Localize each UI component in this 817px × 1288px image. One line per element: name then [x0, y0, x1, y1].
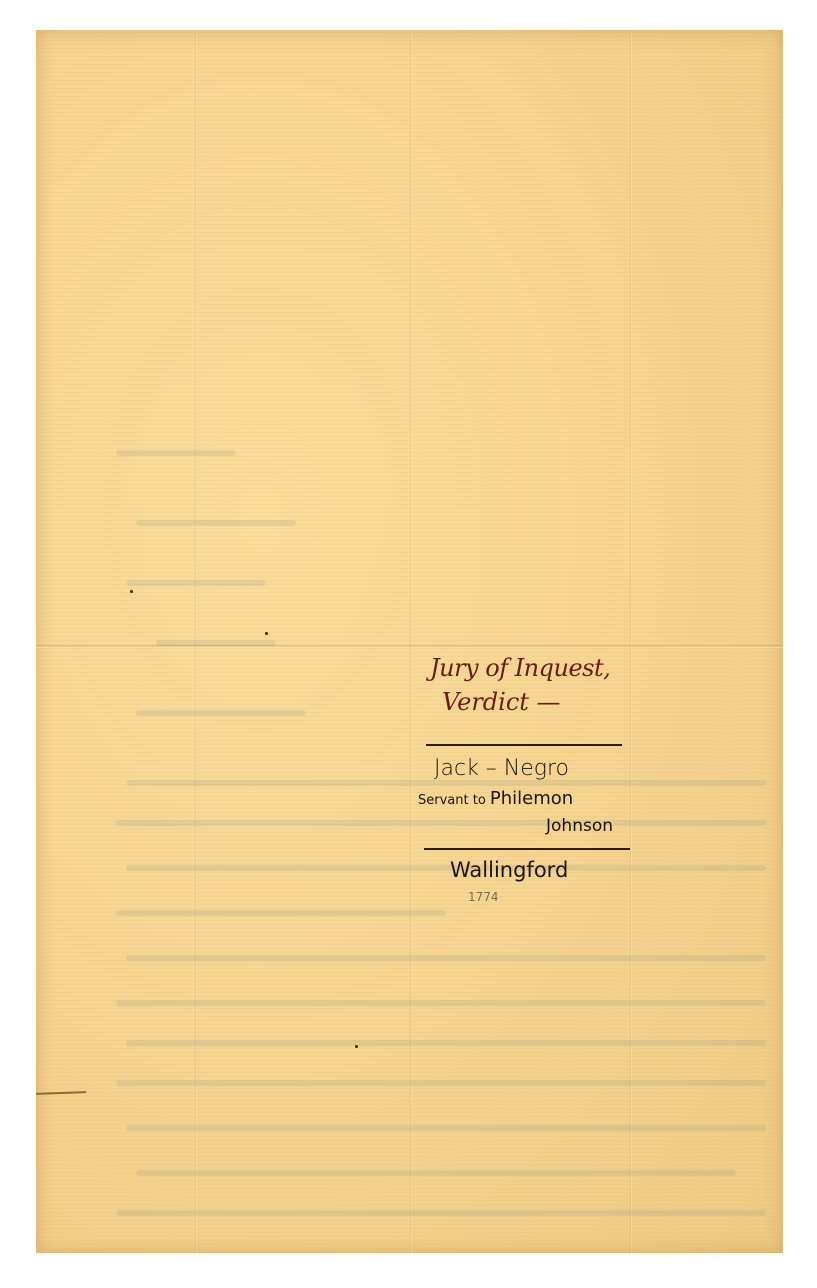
docket-rule — [424, 848, 630, 850]
docket-rule — [426, 744, 622, 746]
docket-relation: Servant to Philemon — [418, 788, 573, 809]
docket-subtitle: Verdict — — [442, 688, 561, 716]
manuscript-page — [36, 30, 783, 1253]
vertical-fold-line — [630, 30, 632, 1253]
ink-spot — [130, 590, 133, 593]
bleed-through-text — [96, 410, 786, 1260]
vertical-fold-line — [410, 30, 412, 1253]
edge-tear — [36, 1091, 86, 1095]
master-first-name: Philemon — [490, 788, 573, 809]
docket-title: Jury of Inquest, — [430, 654, 610, 682]
ink-spot — [355, 1045, 358, 1048]
docket-year: 1774 — [468, 890, 499, 904]
vertical-fold-line — [195, 30, 197, 1253]
ink-spot — [265, 632, 268, 635]
horizontal-fold-line — [36, 645, 783, 648]
master-last-name: Johnson — [546, 816, 613, 836]
docket-place: Wallingford — [450, 858, 568, 882]
docket-subject: Jack – Negro — [434, 756, 569, 781]
